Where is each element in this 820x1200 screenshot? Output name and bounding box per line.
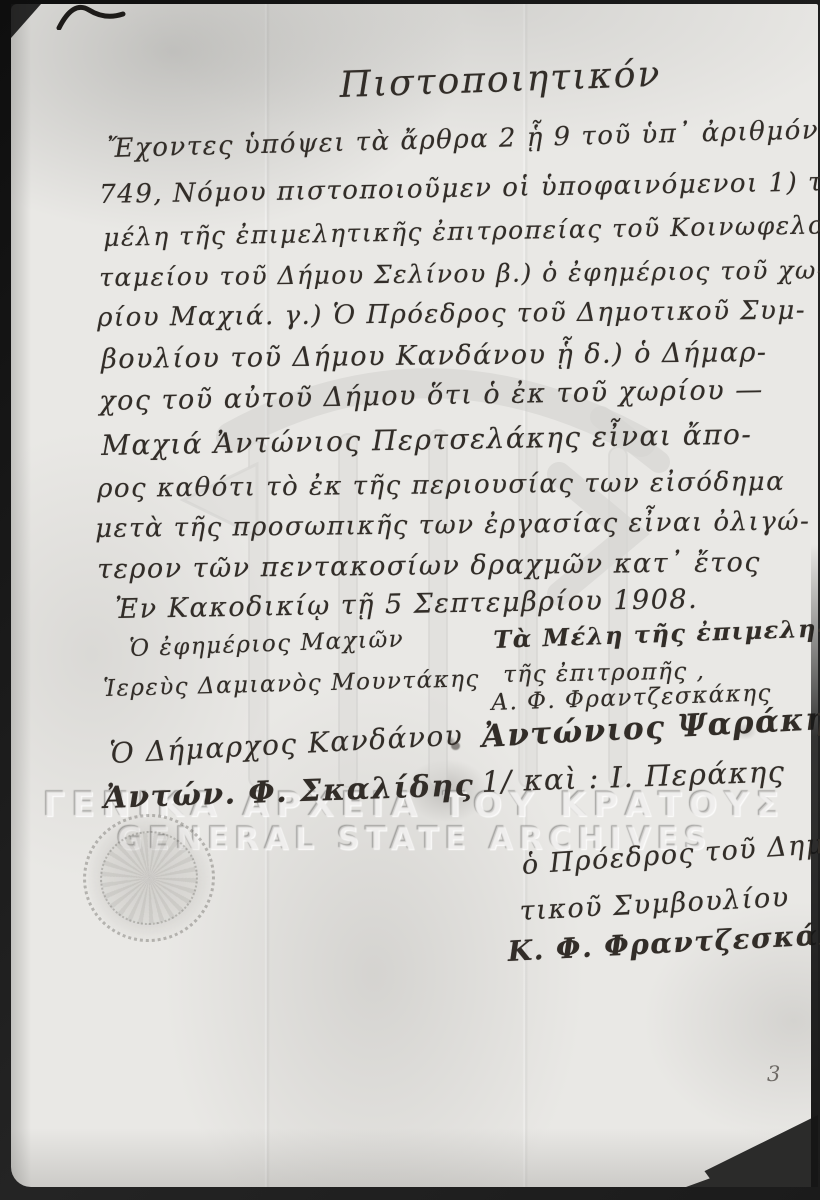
handwritten-line: τερον τῶν πεντακοσίων δραχμῶν κατ᾽ ἔτος (97, 549, 761, 583)
ink-smudge (451, 742, 460, 750)
handwritten-line: ταμείου τοῦ Δήμου Σελίνου β.) ὁ ἐφημέριο… (99, 257, 820, 290)
scanner-background: ΓΕΝΙΚΑ ΑΡΧΕΙΑ ΤΟΥ ΚΡΑΤΟΥΣ GENERAL STATE … (0, 0, 820, 1200)
handwritten-line: βουλίου τοῦ Δήμου Κανδάνου ᾗ δ.) ὁ Δήμαρ… (101, 339, 768, 373)
torn-corner (686, 1115, 818, 1187)
page-number: 3 (767, 1062, 780, 1086)
document-title: Πιστοποιητικόν (339, 57, 662, 104)
signature-line-right: τικοῦ Συμβουλίου (519, 884, 790, 925)
seal-inner-ring (94, 825, 204, 932)
handwritten-line: ρίου Μαχιά. γ.) Ὁ Πρόεδρος τοῦ Δημοτικοῦ… (97, 298, 806, 331)
handwritten-line: 749, Νόμου πιστοποιοῦμεν οἱ ὑποφαινόμενο… (99, 169, 820, 208)
pen-stroke-mark (51, 4, 141, 30)
handwritten-line: μετὰ τῆς προσωπικῆς των ἐργασίας εἶναι ὀ… (95, 509, 810, 542)
handwritten-line: Ἔχοντες ὑπόψει τὰ ἄρθρα 2 ᾗ 9 τοῦ ὑπ᾽ ἀρ… (107, 117, 819, 162)
page-edge-shadow (811, 544, 818, 1187)
handwritten-line: μέλη τῆς ἐπιμελητικῆς ἐπιτροπείας τοῦ Κο… (103, 212, 820, 250)
signature-autograph-right: Κ. Φ. Φραντζεσκάκης (507, 918, 820, 966)
document-page: ΓΕΝΙΚΑ ΑΡΧΕΙΑ ΤΟΥ ΚΡΑΤΟΥΣ GENERAL STATE … (11, 4, 818, 1187)
scanner-corner-shadow (11, 4, 41, 38)
handwritten-line: ρος καθότι τὸ ἐκ τῆς περιουσίας των εἰσό… (97, 469, 785, 502)
